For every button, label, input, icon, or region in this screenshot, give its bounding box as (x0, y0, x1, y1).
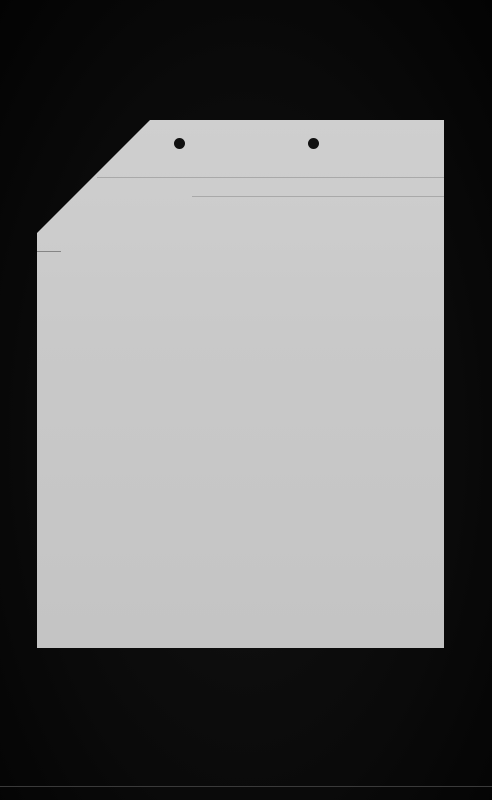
margin-rule (37, 251, 61, 252)
punch-hole-left (174, 138, 185, 149)
document-page (37, 120, 444, 648)
header-rule-bottom (192, 196, 444, 197)
punch-hole-right (308, 138, 319, 149)
film-frame-line (0, 786, 492, 787)
header-rule-top (97, 177, 444, 178)
